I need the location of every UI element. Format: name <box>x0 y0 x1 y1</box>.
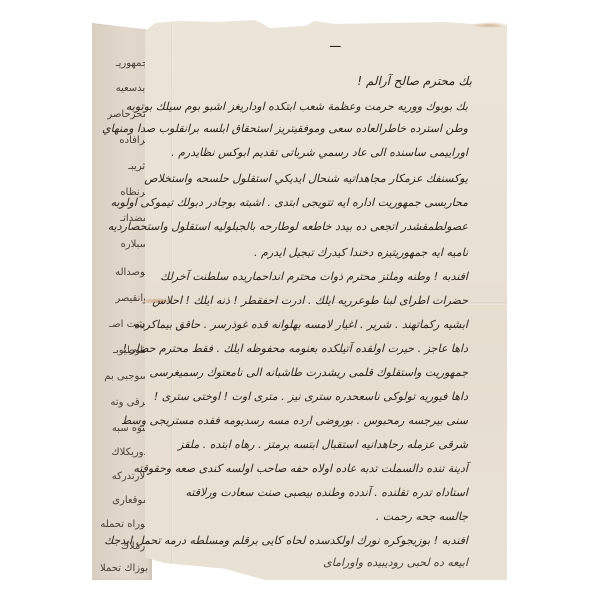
flap-line: جمهوريـ <box>94 58 148 69</box>
letter-line: محاربسى جمهوريت اداره ايه تتويجى ابتدى .… <box>111 196 468 209</box>
letter-line: داها عاجز . حيرت اولقده آتيلكده بعنومه م… <box>123 342 468 355</box>
letter-line: بك بوبوك ووريه حرمت وعظمة شعب ابتكده اود… <box>126 100 468 113</box>
letter-line: حضرات اطراى لبنا طوعرريه ايلك . ادرت احف… <box>152 294 468 307</box>
header-mark: ـــ <box>330 36 341 50</box>
flap-line: موقعارى <box>94 495 148 506</box>
flap-line: بوراه تحمله <box>94 519 148 530</box>
flap-line: اثريبـ <box>94 161 148 172</box>
flap-line: بوزاك تحملا <box>94 563 148 574</box>
flap-line: برافاده <box>94 135 148 146</box>
document-photo: جمهوريـ ابدسعيه محرحاصر برافاده اثريبـ ب… <box>0 0 600 600</box>
flap-line: سبلاره <box>94 239 148 250</box>
letter-line: آدينة تنده دالسملت تدبه عاده اولاه حفه ص… <box>133 462 468 475</box>
letter-line: افندبه ! وطنه وملتز محترم ذوات محترم اند… <box>160 270 468 283</box>
letter-line: يوكسنفك عزمكار مجاهداتيه شنحال ايديكي اس… <box>144 172 468 185</box>
letter-line: اوراييمى ساسنده الى عاد رسمي شرباتى تقدي… <box>171 146 468 159</box>
salutation: بك محترم صالح آرالم ! <box>357 74 472 88</box>
letter-line: جالسه جحه رحمت . <box>376 510 468 523</box>
flap-line: دوريكلاك <box>94 447 148 458</box>
letter-line: ناميه ايه جمهوريتيزه دخندا كيدرك تبجيل ا… <box>254 246 468 259</box>
flap-line: ترقى وته <box>94 397 148 408</box>
letter-line: افندبه ! بوزيجوكره نورك اولكدسده لحاه كا… <box>104 534 468 547</box>
letter-line: جمهوريت واستقلوك قلمى ريشدرت طاشبانه الى… <box>149 366 468 379</box>
flap-line: ابدسعيه <box>94 83 148 94</box>
stain <box>470 22 510 28</box>
letter-line: سنى بيرجسه رمحبوس . بوروضى ارده مسه رسدي… <box>121 414 468 427</box>
letter-line: داها فيوريه تولوكى ناسعحدره سترى نيز . م… <box>154 390 468 403</box>
flap-line: سوجبى بم <box>94 371 148 382</box>
letter-line: شرقى عزمله رحاهدانيه استقبال ابتسه برمتز… <box>178 438 468 451</box>
letter-line: ابيعه ده لحبى روديبيده واوراماى <box>323 556 468 569</box>
letter-line: وطن استرده خاطرالعاده سعى وموفقيتريز است… <box>102 122 468 135</box>
letter-line: ابشيه ركماتهند . شرير . اغيار لامسه بهلو… <box>134 318 468 331</box>
letter-line: عصولطمقشدر اتجعى ده بيدد خاطعه لوطارحه ب… <box>108 220 468 233</box>
letter-line: استاداه تدره تقلنده . آندده وطنده بيصبى … <box>185 486 468 499</box>
flap-line: بوصداله <box>94 267 148 278</box>
